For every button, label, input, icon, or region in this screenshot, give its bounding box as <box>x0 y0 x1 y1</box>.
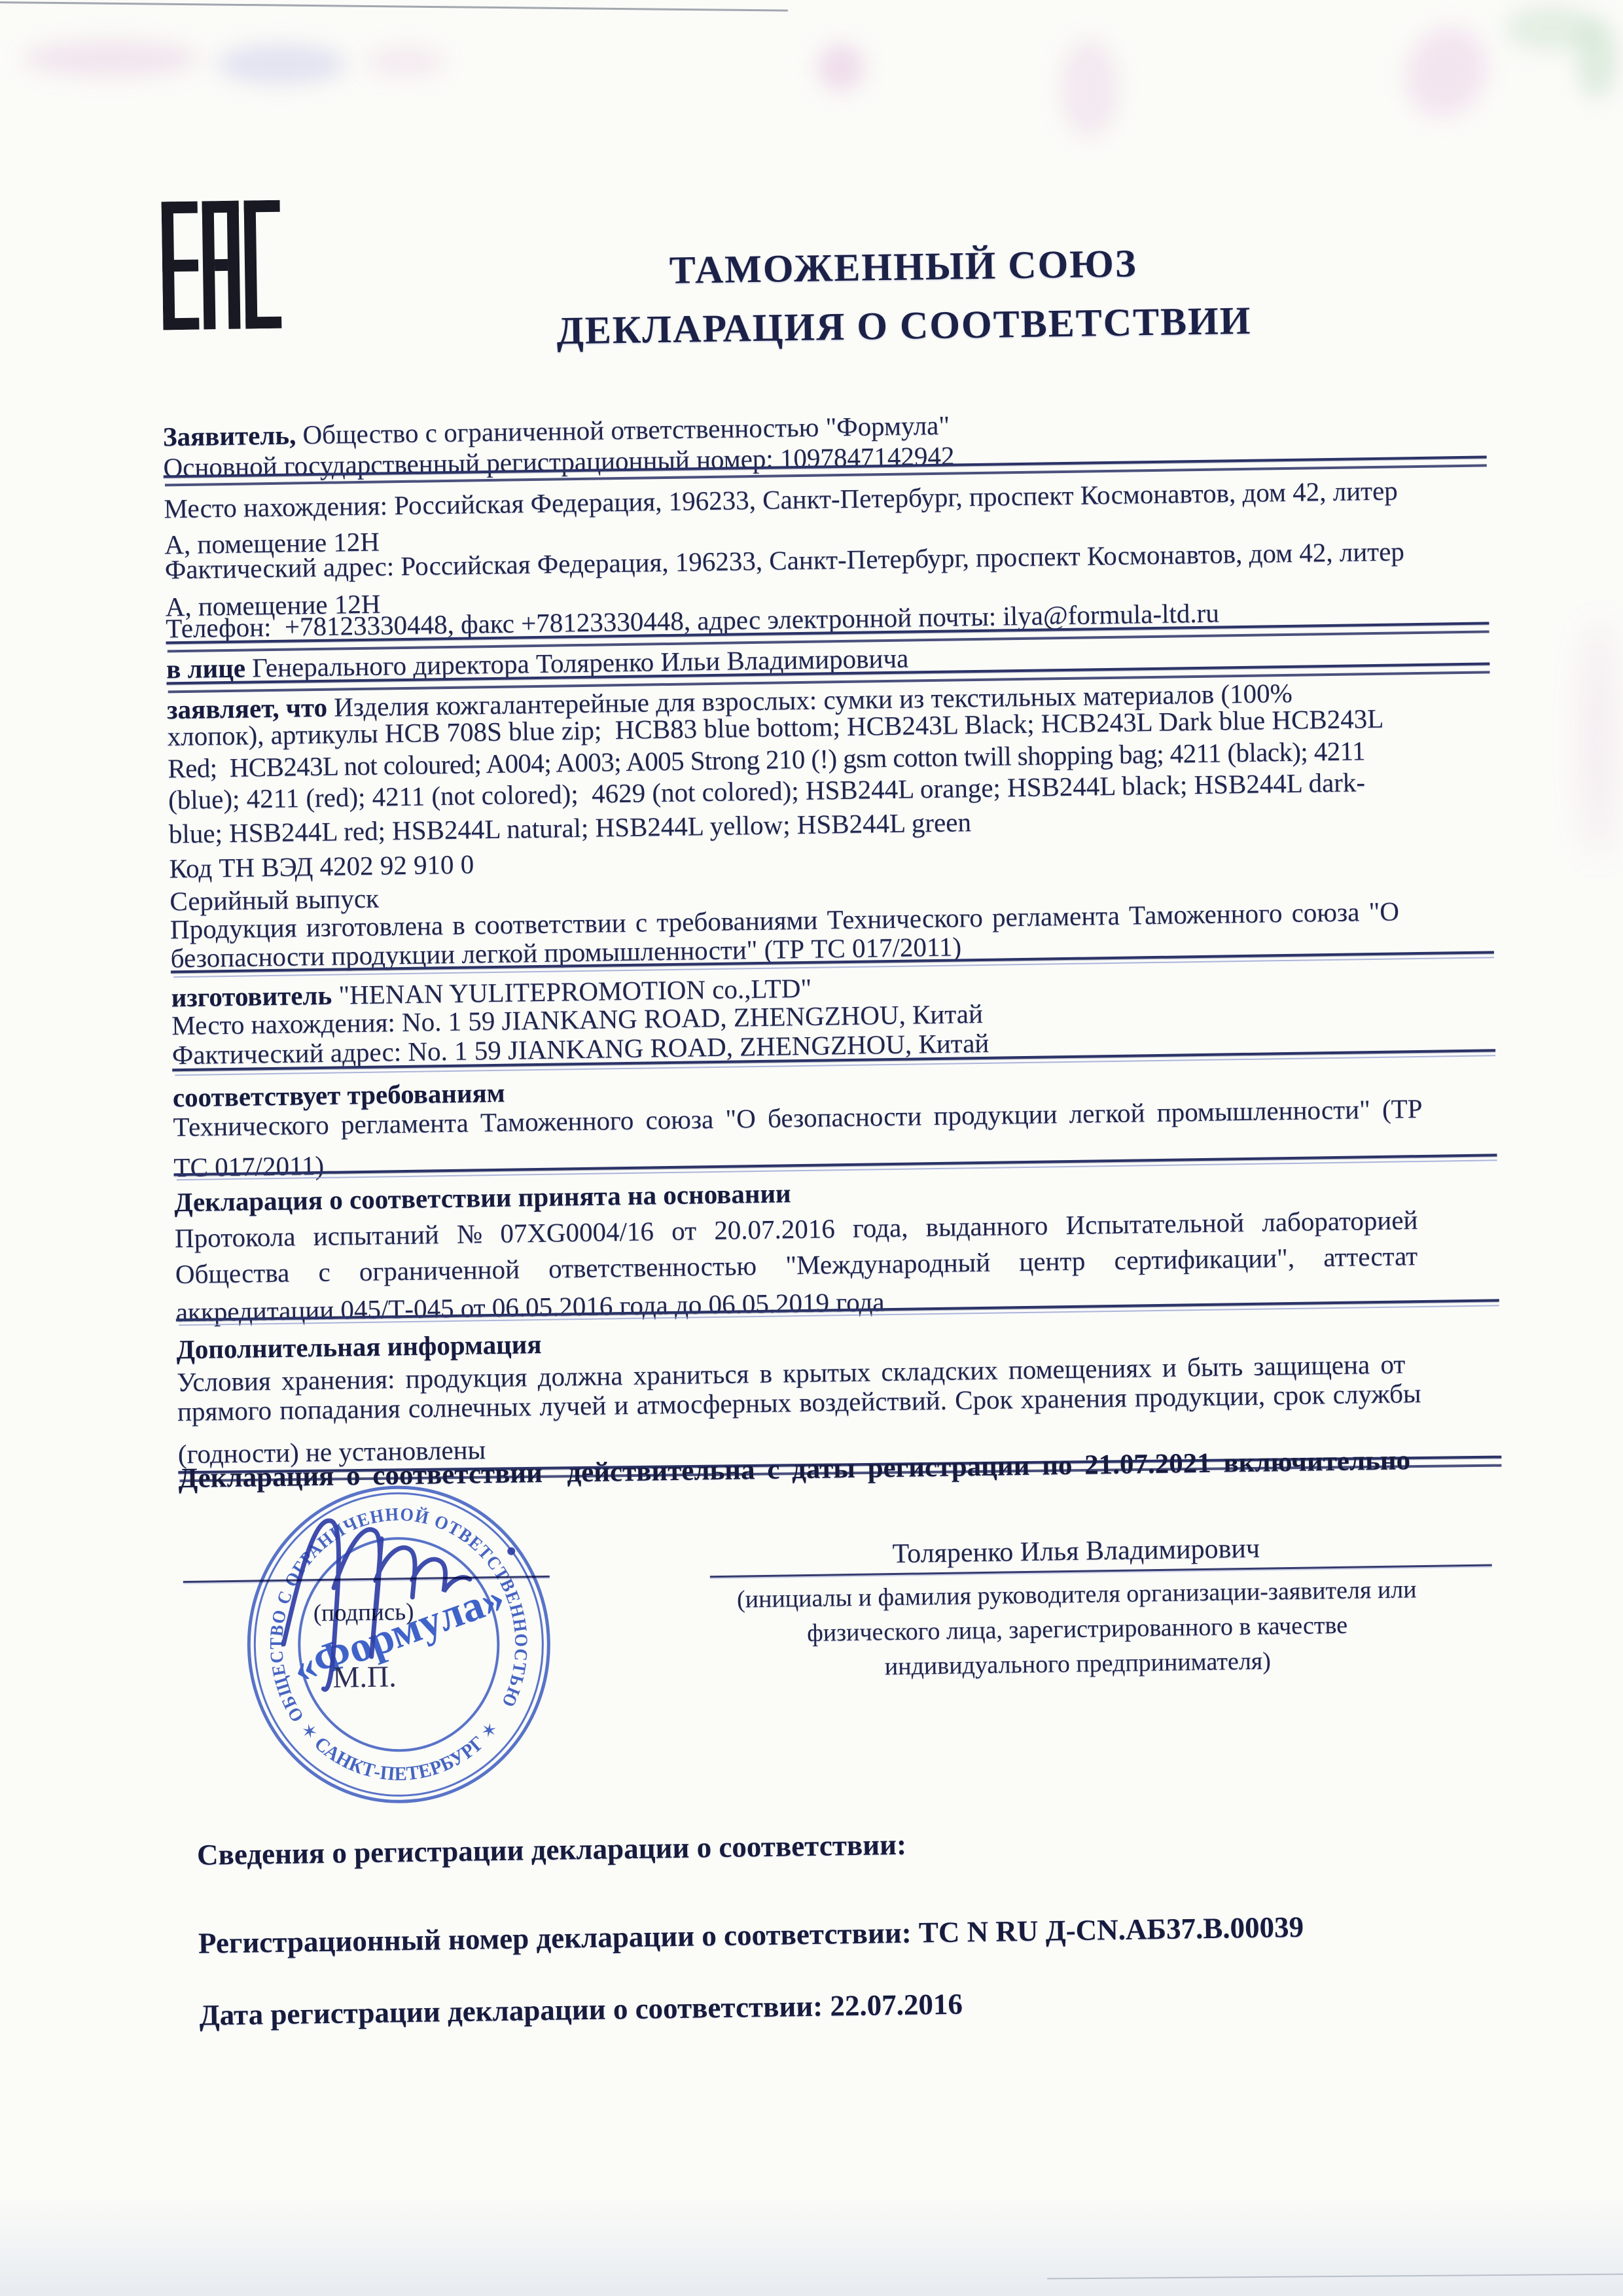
page-title-line1: ТАМОЖЕННЫЙ СОЮЗ <box>350 236 1457 298</box>
stamp-mp-label: М.П. <box>332 1659 397 1693</box>
scan-smudge <box>818 44 864 90</box>
head-caption-2: физического лица, зарегистрированного в … <box>685 1610 1470 1649</box>
head-caption-3: индивидуального предпринимателя) <box>685 1644 1471 1684</box>
registration-date: Дата регистрации декларации о соответств… <box>199 1979 1548 2032</box>
company-stamp: ОБЩЕСТВО С ОГРАНИЧЕННОЙ ОТВЕТСТВЕННОСТЬЮ… <box>241 1480 560 1812</box>
declaration-scanned-page: ТАМОЖЕННЫЙ СОЮЗ ДЕКЛАРАЦИЯ О СООТВЕТСТВИ… <box>0 0 1623 2296</box>
registration-heading: Сведения о регистрации декларации о соот… <box>197 1818 1546 1871</box>
scan-smudge <box>23 41 200 77</box>
scan-smudge <box>1060 39 1119 137</box>
registration-number: Регистрационный номер декларации о соотв… <box>198 1907 1547 1960</box>
stamp-center-text: «Формула» <box>287 1573 510 1693</box>
eac-logo <box>162 200 282 330</box>
scan-smudge <box>1577 20 1616 98</box>
scan-smudge <box>366 47 445 77</box>
applicant-label: Заявитель, <box>163 419 296 451</box>
head-caption-1: (инициалы и фамилия руководителя организ… <box>684 1575 1469 1614</box>
representative-label: в лице <box>166 653 246 684</box>
page-title-line2: ДЕКЛАРАЦИЯ О СООТВЕТСТВИИ <box>351 295 1457 357</box>
scan-bottom-shadow <box>0 2198 1623 2296</box>
document-content: ТАМОЖЕННЫЙ СОЮЗ ДЕКЛАРАЦИЯ О СООТВЕТСТВИ… <box>0 0 1623 2296</box>
scan-smudge <box>216 44 347 84</box>
manufacturer-label: изготовитель <box>171 980 332 1013</box>
scan-smudge <box>1580 622 1616 857</box>
